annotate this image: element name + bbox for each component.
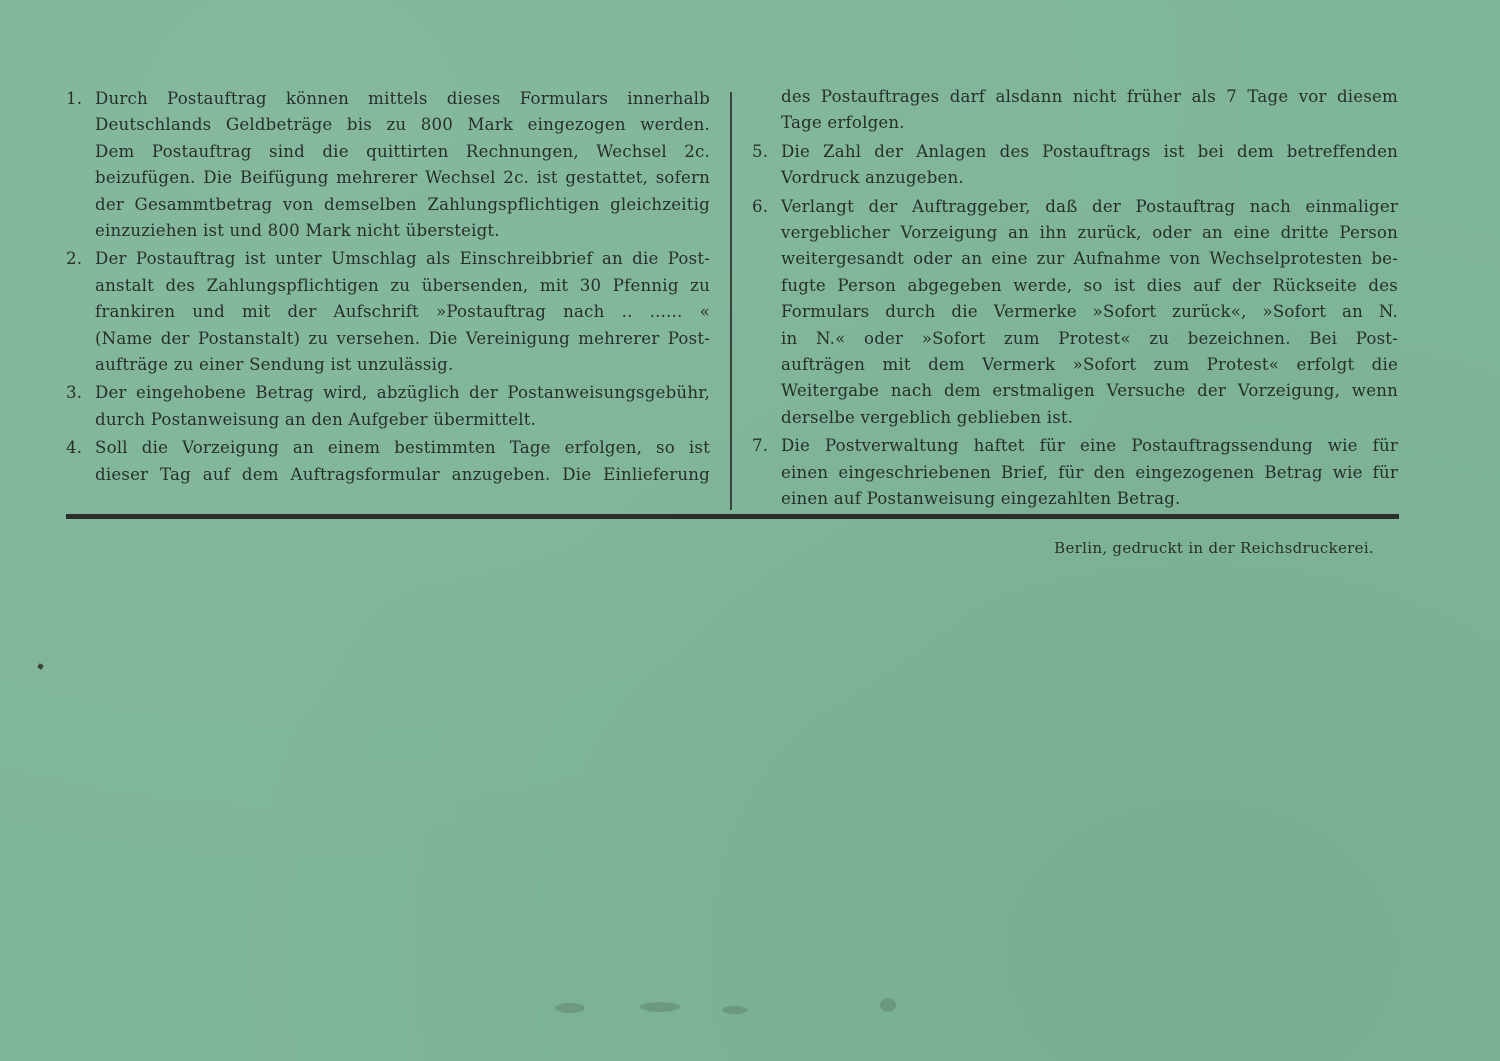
text-line: Die Postverwaltung haftet für eine Posta… — [781, 433, 1398, 459]
text-line: beizufügen. Die Beifügung mehrerer Wechs… — [95, 165, 710, 191]
text-line: Soll die Vorzeigung an einem bestimmten … — [95, 435, 710, 461]
text-line: Weitergabe nach dem erstmaligen Versuche… — [781, 378, 1398, 404]
faded-stamp-smudge — [555, 1003, 585, 1013]
faded-stamp-smudge — [640, 1002, 680, 1012]
text-line: Der Postauftrag ist unter Umschlag als E… — [95, 246, 710, 272]
text-line: Deutschlands Geldbeträge bis zu 800 Mark… — [95, 112, 710, 138]
instruction-item: 7.Die Postverwaltung haftet für eine Pos… — [752, 433, 1398, 512]
instruction-item: 6.Verlangt der Auftraggeber, daß der Pos… — [752, 194, 1398, 432]
instruction-item: 3.Der eingehobene Betrag wird, abzüglich… — [66, 380, 710, 433]
item-number: 6. — [752, 194, 768, 220]
text-line: Vordruck anzugeben. — [781, 165, 1398, 191]
text-line: vergeblicher Vorzeigung an ihn zurück, o… — [781, 220, 1398, 246]
printer-imprint: Berlin, gedruckt in der Reichsdruckerei. — [1054, 539, 1374, 557]
text-line: weitergesandt oder an eine zur Aufnahme … — [781, 246, 1398, 272]
item-number: 3. — [66, 380, 82, 406]
text-line: der Gesammtbetrag von demselben Zahlungs… — [95, 192, 710, 218]
instructions-left-column: 1.Durch Postauftrag können mittels diese… — [66, 86, 710, 490]
instruction-item: 2.Der Postauftrag ist unter Umschlag als… — [66, 246, 710, 378]
text-line: Durch Postauftrag können mittels dieses … — [95, 86, 710, 112]
instruction-continuation: des Postauftrages darf alsdann nicht frü… — [752, 84, 1398, 137]
horizontal-rule — [66, 514, 1399, 519]
text-line: durch Postanweisung an den Aufgeber über… — [95, 407, 710, 433]
text-line: einzuziehen ist und 800 Mark nicht übers… — [95, 218, 710, 244]
text-line: einen eingeschriebenen Brief, für den ei… — [781, 460, 1398, 486]
item-number: 1. — [66, 86, 82, 112]
text-line: einen auf Postanweisung eingezahlten Bet… — [781, 486, 1398, 512]
instruction-item: 5.Die Zahl der Anlagen des Postauftrags … — [752, 139, 1398, 192]
text-line: (Name der Postanstalt) zu versehen. Die … — [95, 326, 710, 352]
item-number: 2. — [66, 246, 82, 272]
instruction-item: 4.Soll die Vorzeigung an einem bestimmte… — [66, 435, 710, 488]
text-line: anstalt des Zahlungspflichtigen zu übers… — [95, 273, 710, 299]
text-line: des Postauftrages darf alsdann nicht frü… — [781, 84, 1398, 110]
faded-stamp-smudge — [880, 998, 896, 1012]
text-line: Die Zahl der Anlagen des Postauftrags is… — [781, 139, 1398, 165]
instructions-right-column: des Postauftrages darf alsdann nicht frü… — [752, 84, 1398, 515]
text-line: Dem Postauftrag sind die quittirten Rech… — [95, 139, 710, 165]
instruction-item: 1.Durch Postauftrag können mittels diese… — [66, 86, 710, 244]
text-line: derselbe vergeblich geblieben ist. — [781, 405, 1398, 431]
faded-stamp-smudge — [722, 1006, 748, 1014]
text-line: Tage erfolgen. — [781, 110, 1398, 136]
text-line: Der eingehobene Betrag wird, abzüglich d… — [95, 380, 710, 406]
text-line: aufträgen mit dem Vermerk »Sofort zum Pr… — [781, 352, 1398, 378]
text-line: frankiren und mit der Aufschrift »Postau… — [95, 299, 710, 325]
text-line: Verlangt der Auftraggeber, daß der Posta… — [781, 194, 1398, 220]
text-line: aufträge zu einer Sendung ist unzulässig… — [95, 352, 710, 378]
text-line: Formulars durch die Vermerke »Sofort zur… — [781, 299, 1398, 325]
text-line: in N.« oder »Sofort zum Protest« zu beze… — [781, 326, 1398, 352]
item-number: 7. — [752, 433, 768, 459]
text-line: dieser Tag auf dem Auftragsformular anzu… — [95, 462, 710, 488]
item-number: 5. — [752, 139, 768, 165]
column-divider — [730, 92, 732, 510]
item-number: 4. — [66, 435, 82, 461]
text-line: fugte Person abgegeben werde, so ist die… — [781, 273, 1398, 299]
